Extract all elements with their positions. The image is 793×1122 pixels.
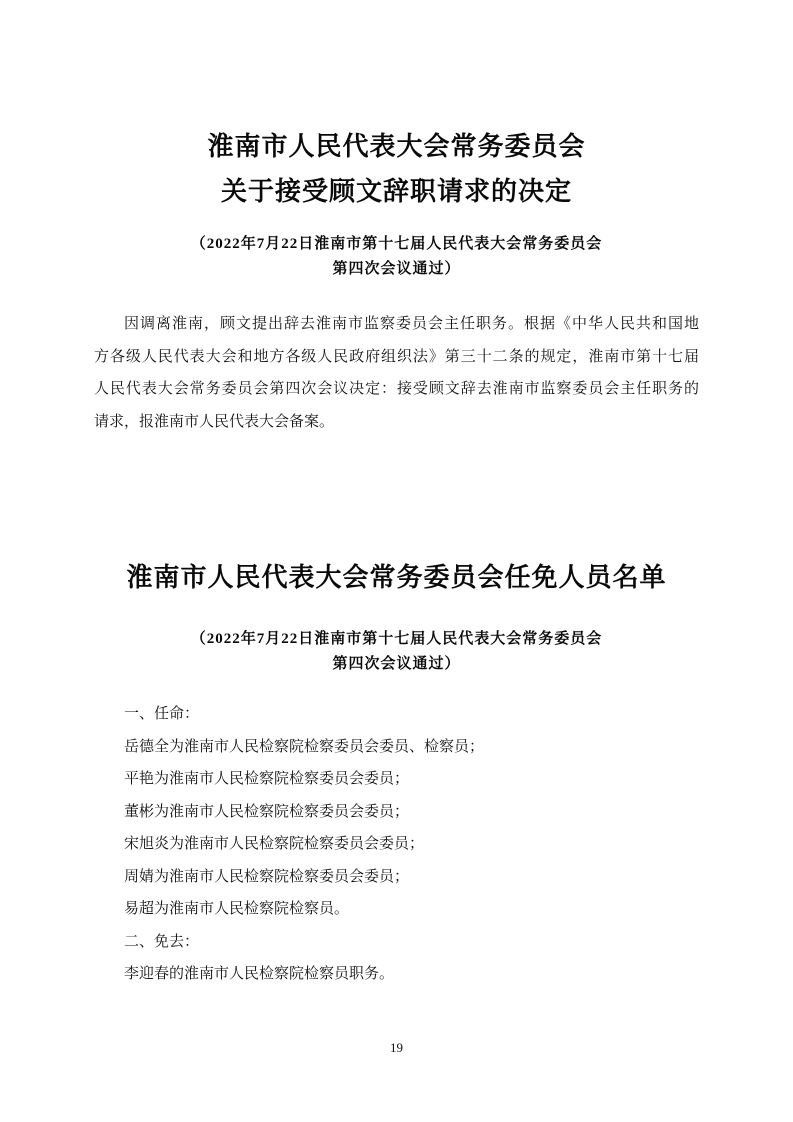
list-item: 一、任命： xyxy=(124,698,699,731)
roster-subtitle-line1: （2022年7月22日淮南市第十七届人民代表大会常务委员会 xyxy=(94,627,699,652)
decision-body-line: 请求，报淮南市人民代表大会备案。 xyxy=(94,406,699,439)
decision-body: 因调离淮南，顾文提出辞去淮南市监察委员会主任职务。根据《中华人民共和国地 方各级… xyxy=(94,308,699,438)
list-item: 平艳为淮南市人民检察院检察委员会委员； xyxy=(124,763,699,796)
decision-body-line: 因调离淮南，顾文提出辞去淮南市监察委员会主任职务。根据《中华人民共和国地 xyxy=(94,308,699,341)
list-item: 李迎春的淮南市人民检察院检察员职务。 xyxy=(124,958,699,991)
list-item: 岳德全为淮南市人民检察院检察委员会委员、检察员； xyxy=(124,731,699,764)
document-page: 淮南市人民代表大会常务委员会 关于接受顾文辞职请求的决定 （2022年7月22日… xyxy=(0,0,793,1122)
list-item: 二、免去： xyxy=(124,926,699,959)
decision-body-line: 方各级人民代表大会和地方各级人民政府组织法》第三十二条的规定，淮南市第十七届 xyxy=(94,341,699,374)
decision-subtitle-line1: （2022年7月22日淮南市第十七届人民代表大会常务委员会 xyxy=(94,232,699,257)
roster-subtitle-line2: 第四次会议通过） xyxy=(94,652,699,677)
decision-body-line: 人民代表大会常务委员会第四次会议决定：接受顾文辞去淮南市监察委员会主任职务的 xyxy=(94,373,699,406)
roster-title: 淮南市人民代表大会常务委员会任免人员名单 xyxy=(94,560,699,596)
roster-subtitle: （2022年7月22日淮南市第十七届人民代表大会常务委员会 第四次会议通过） xyxy=(94,627,699,677)
document-content: 淮南市人民代表大会常务委员会 关于接受顾文辞职请求的决定 （2022年7月22日… xyxy=(94,0,699,991)
page-number: 19 xyxy=(0,1040,793,1056)
decision-title-line2: 关于接受顾文辞职请求的决定 xyxy=(94,174,699,210)
decision-title-line1: 淮南市人民代表大会常务委员会 xyxy=(94,0,699,165)
list-item: 董彬为淮南市人民检察院检察委员会委员； xyxy=(124,796,699,829)
appointment-list: 一、任命： 岳德全为淮南市人民检察院检察委员会委员、检察员； 平艳为淮南市人民检… xyxy=(94,698,699,991)
list-item: 易超为淮南市人民检察院检察员。 xyxy=(124,893,699,926)
list-item: 周婧为淮南市人民检察院检察委员会委员； xyxy=(124,861,699,894)
decision-subtitle: （2022年7月22日淮南市第十七届人民代表大会常务委员会 第四次会议通过） xyxy=(94,232,699,282)
decision-subtitle-line2: 第四次会议通过） xyxy=(94,257,699,282)
list-item: 宋旭炎为淮南市人民检察院检察委员会委员； xyxy=(124,828,699,861)
